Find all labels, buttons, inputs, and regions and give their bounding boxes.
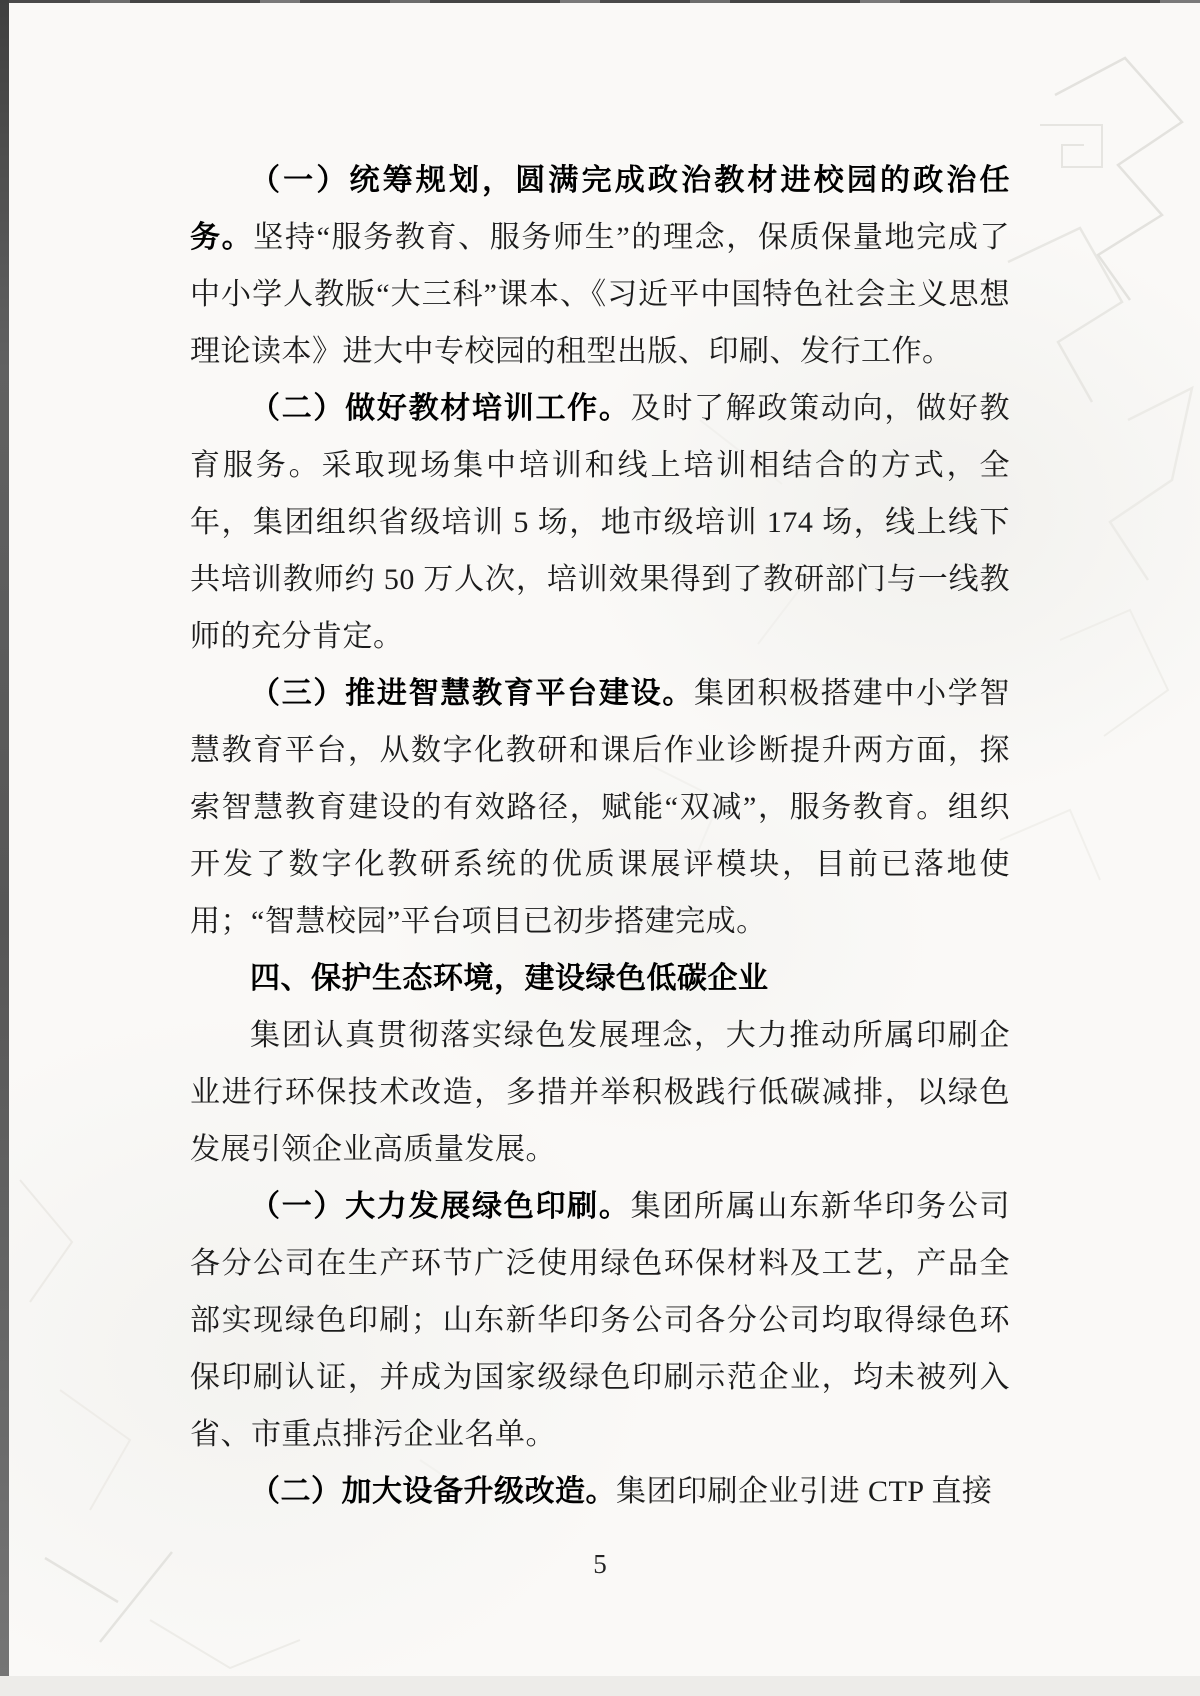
paragraph-6-text: 集团所属山东新华印务公司各分公司在生产环节广泛使用绿色环保材料及工艺，产品全部实… (190, 1190, 1010, 1451)
paragraph-6-heading: （一）大力发展绿色印刷。 (250, 1190, 631, 1223)
paragraph-7-heading: （二）加大设备升级改造。 (250, 1475, 616, 1508)
paragraph-2: （二）做好教材培训工作。及时了解政策动向，做好教育服务。采取现场集中培训和线上培… (190, 380, 1010, 665)
paragraph-3-heading: （三）推进智慧教育平台建设。 (250, 677, 694, 710)
paragraph-1-text: 坚持“服务教育、服务师生”的理念，保质保量地完成了中小学人教版“大三科”课本、《… (190, 221, 1010, 368)
scan-edge-top (0, 0, 1200, 3)
scan-edge-bottom (0, 1676, 1200, 1696)
paragraph-6: （一）大力发展绿色印刷。集团所属山东新华印务公司各分公司在生产环节广泛使用绿色环… (190, 1178, 1010, 1463)
paragraph-5: 集团认真贯彻落实绿色发展理念，大力推动所属印刷企业进行环保技术改造，多措并举积极… (190, 1007, 1010, 1178)
page-number: 5 (0, 1549, 1200, 1579)
document-body: （一）统筹规划，圆满完成政治教材进校园的政治任务。坚持“服务教育、服务师生”的理… (190, 152, 1010, 1520)
paragraph-2-text: 及时了解政策动向，做好教育服务。采取现场集中培训和线上培训相结合的方式，全年，集… (190, 392, 1010, 653)
paragraph-7: （二）加大设备升级改造。集团印刷企业引进 CTP 直接 (190, 1463, 1010, 1520)
paragraph-1: （一）统筹规划，圆满完成政治教材进校园的政治任务。坚持“服务教育、服务师生”的理… (190, 152, 1010, 380)
paragraph-3: （三）推进智慧教育平台建设。集团积极搭建中小学智慧教育平台，从数字化教研和课后作… (190, 665, 1010, 950)
section-heading-4-label: 四、保护生态环境，建设绿色低碳企业 (250, 962, 769, 995)
scan-edge-left (0, 0, 9, 1676)
paragraph-5-text: 集团认真贯彻落实绿色发展理念，大力推动所属印刷企业进行环保技术改造，多措并举积极… (190, 1019, 1010, 1166)
scanned-document-page: （一）统筹规划，圆满完成政治教材进校园的政治任务。坚持“服务教育、服务师生”的理… (0, 0, 1200, 1696)
paragraph-3-text: 集团积极搭建中小学智慧教育平台，从数字化教研和课后作业诊断提升两方面，探索智慧教… (190, 677, 1010, 938)
section-heading-4: 四、保护生态环境，建设绿色低碳企业 (190, 950, 1010, 1007)
paragraph-7-text: 集团印刷企业引进 CTP 直接 (616, 1475, 992, 1508)
paragraph-2-heading: （二）做好教材培训工作。 (250, 392, 631, 425)
